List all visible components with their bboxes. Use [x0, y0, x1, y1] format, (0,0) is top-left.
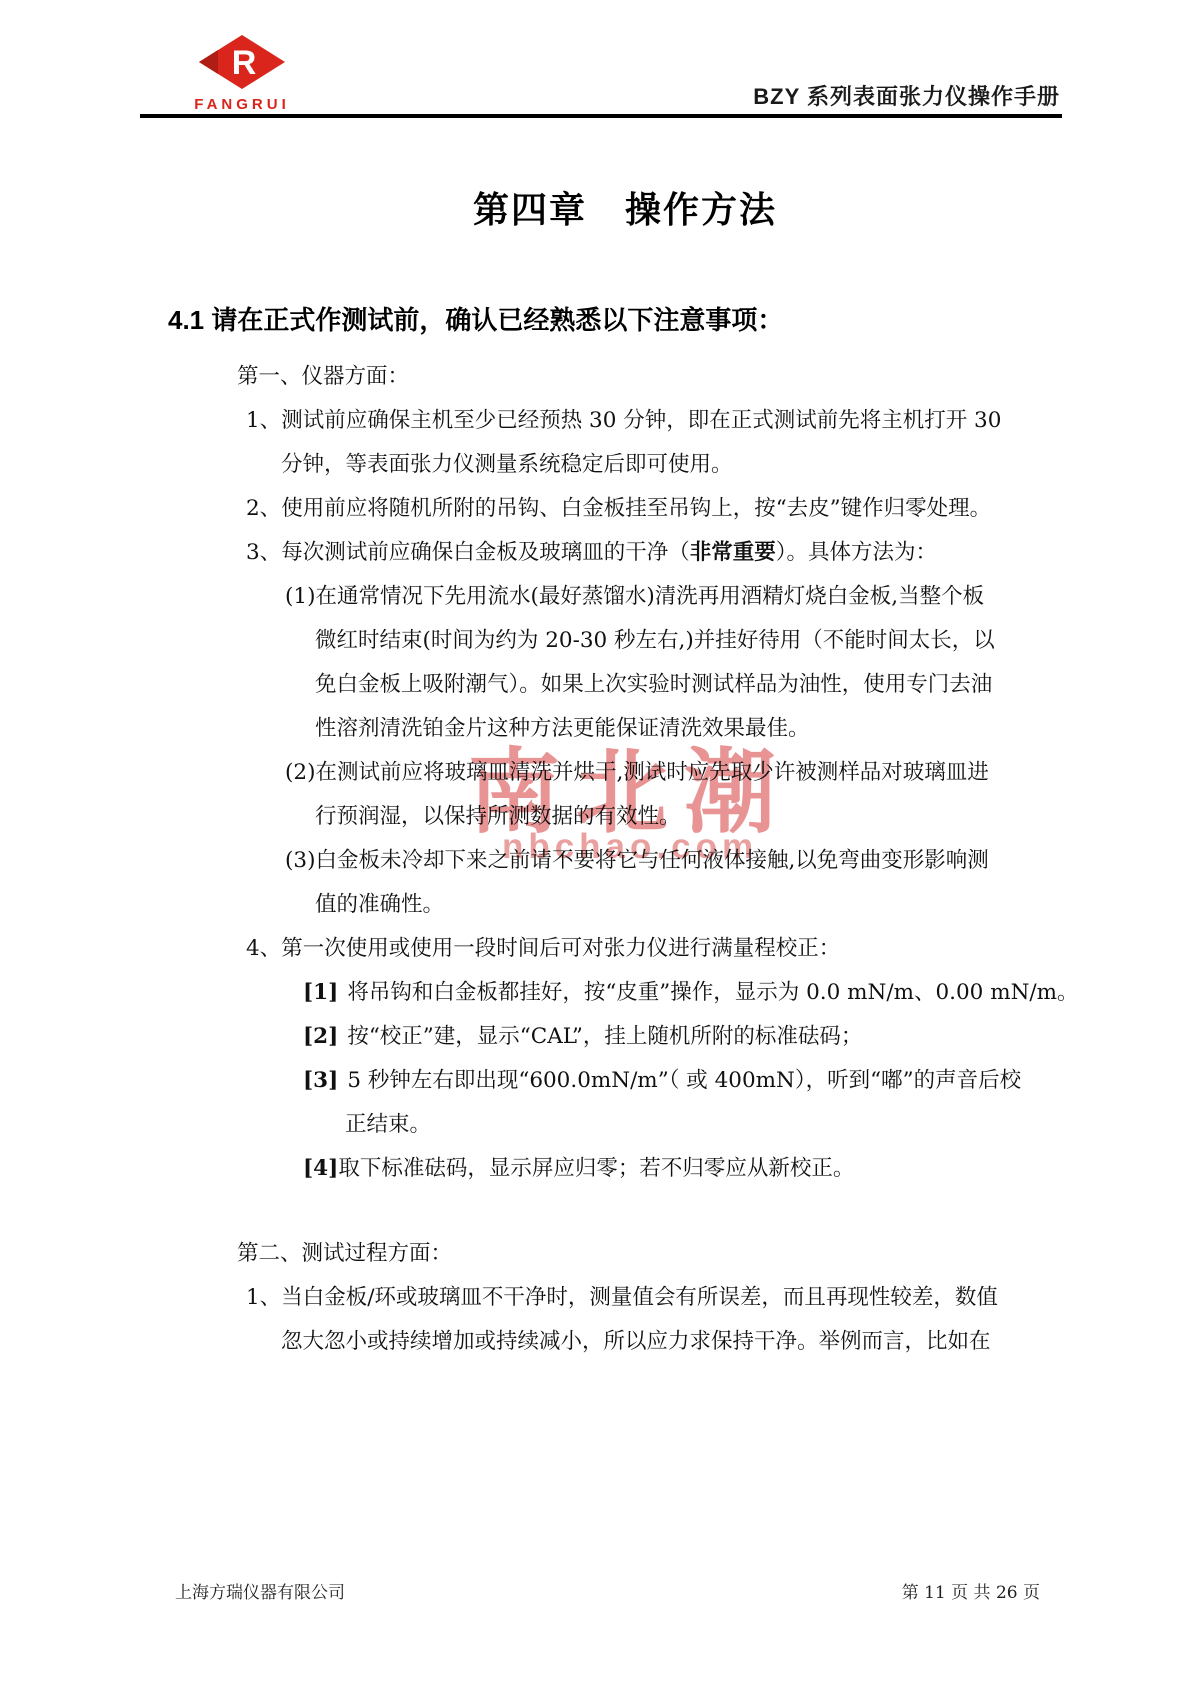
list-item-1-continuation: 分钟，等表面张力仪测量系统稳定后即可使用。	[281, 443, 1090, 487]
step-text: 按“校正”建，显示“CAL”，挂上随机所附的标准砝码；	[347, 1024, 862, 1049]
list-item-3: 3、每次测试前应确保白金板及玻璃皿的干净（非常重要）。具体方法为：	[246, 531, 1090, 575]
step-3: [3]5 秒钟左右即出现“600.0mN/m”（ 或 400mN），听到“嘟”的…	[303, 1059, 1090, 1103]
sub-item-2: (2)在测试前应将玻璃皿清洗并烘干,测试时应先取少许被测样品对玻璃皿进	[285, 751, 1090, 795]
step-marker: [4]	[303, 1156, 338, 1181]
step-2: [2]按“校正”建，显示“CAL”，挂上随机所附的标准砝码；	[303, 1015, 1090, 1059]
item-text: 白金板未冷却下来之前请不要将它与任何液体接触,以免弯曲变形影响测	[315, 848, 988, 873]
sub-item-1: (1)在通常情况下先用流水(最好蒸馏水)清洗再用酒精灯烧白金板,当整个板	[285, 575, 1090, 619]
item-text: 当白金板/环或玻璃皿不干净时，测量值会有所误差，而且再现性较差，数值	[281, 1285, 998, 1310]
part2-list-item-1-continuation: 忽大忽小或持续增加或持续减小，所以应力求保持干净。举例而言，比如在	[281, 1320, 1090, 1364]
item-text: ）。具体方法为：	[776, 540, 937, 565]
item-marker: 2、	[246, 496, 281, 521]
step-4: [4]取下标准砝码，显示屏应归零；若不归零应从新校正。	[303, 1147, 1090, 1191]
step-text: 将吊钩和白金板都挂好，按“皮重”操作，显示为 0.0 mN/m、0.00 mN/…	[347, 980, 1078, 1005]
list-item-1: 1、测试前应确保主机至少已经预热 30 分钟，即在正式测试前先将主机打开 30	[246, 399, 1090, 443]
manual-title: BZY 系列表面张力仪操作手册	[753, 80, 1060, 111]
item-text-bold: 非常重要	[690, 540, 776, 565]
step-1: [1]将吊钩和白金板都挂好，按“皮重”操作，显示为 0.0 mN/m、0.00 …	[303, 971, 1090, 1015]
step-text: 取下标准砝码，显示屏应归零；若不归零应从新校正。	[338, 1156, 854, 1181]
part2-list-item-1: 1、当白金板/环或玻璃皿不干净时，测量值会有所误差，而且再现性较差，数值	[246, 1276, 1090, 1320]
item-text: 测试前应确保主机至少已经预热 30 分钟，即在正式测试前先将主机打开 30	[281, 408, 1001, 433]
list-item-4: 4、第一次使用或使用一段时间后可对张力仪进行满量程校正：	[246, 927, 1090, 971]
sub-item-1-continuation: 免白金板上吸附潮气）。如果上次实验时测试样品为油性，使用专门去油	[315, 663, 1090, 707]
sub-item-1-continuation: 性溶剂清洗铂金片这种方法更能保证清洗效果最佳。	[315, 707, 1090, 751]
item-text: 第一次使用或使用一段时间后可对张力仪进行满量程校正：	[281, 936, 840, 961]
step-text: 5 秒钟左右即出现“600.0mN/m”（ 或 400mN），听到“嘟”的声音后…	[347, 1068, 1021, 1093]
item-text: 使用前应将随机所附的吊钩、白金板挂至吊钩上，按“去皮”键作归零处理。	[281, 496, 991, 521]
item-text: 每次测试前应确保白金板及玻璃皿的干净（	[281, 540, 690, 565]
sub-item-3: (3)白金板未冷却下来之前请不要将它与任何液体接触,以免弯曲变形影响测	[285, 839, 1090, 883]
item-text: 在测试前应将玻璃皿清洗并烘干,测试时应先取少许被测样品对玻璃皿进	[315, 760, 988, 785]
footer-company: 上海方瑞仪器有限公司	[175, 1578, 345, 1603]
item-marker: 1、	[246, 1285, 281, 1310]
logo-brand-text: FANGRUI	[194, 96, 290, 113]
item-marker: 3、	[246, 540, 281, 565]
header-rule	[140, 114, 1062, 118]
part2-heading: 第二、测试过程方面：	[237, 1232, 1090, 1276]
chapter-title: 第四章 操作方法	[0, 182, 1200, 233]
step-marker: [2]	[303, 1024, 338, 1049]
logo-diamond-icon: R	[198, 34, 286, 90]
document-page: R FANGRUI BZY 系列表面张力仪操作手册 第四章 操作方法 4.1 请…	[0, 0, 1200, 1698]
item-marker: (3)	[285, 848, 315, 873]
body-text: 第一、仪器方面： 1、测试前应确保主机至少已经预热 30 分钟，即在正式测试前先…	[140, 355, 1090, 1364]
part1-heading: 第一、仪器方面：	[237, 355, 1090, 399]
item-marker: 4、	[246, 936, 281, 961]
list-item-2: 2、使用前应将随机所附的吊钩、白金板挂至吊钩上，按“去皮”键作归零处理。	[246, 487, 1090, 531]
step-marker: [1]	[303, 980, 338, 1005]
item-marker: (2)	[285, 760, 315, 785]
sub-item-1-continuation: 微红时结束(时间为约为 20-30 秒左右,)并挂好待用（不能时间太长，以	[315, 619, 1090, 663]
footer-page-number: 第 11 页 共 26 页	[902, 1578, 1040, 1603]
sub-item-3-continuation: 值的准确性。	[315, 883, 1090, 927]
logo-letter: R	[232, 44, 257, 82]
item-text: 在通常情况下先用流水(最好蒸馏水)清洗再用酒精灯烧白金板,当整个板	[315, 584, 984, 609]
item-marker: 1、	[246, 408, 281, 433]
sub-item-2-continuation: 行预润湿，以保持所测数据的有效性。	[315, 795, 1090, 839]
section-heading: 4.1 请在正式作测试前，确认已经熟悉以下注意事项：	[168, 300, 783, 337]
company-logo: R FANGRUI	[194, 34, 290, 113]
item-marker: (1)	[285, 584, 315, 609]
step-marker: [3]	[303, 1068, 338, 1093]
step-3-continuation: 正结束。	[345, 1103, 1090, 1147]
